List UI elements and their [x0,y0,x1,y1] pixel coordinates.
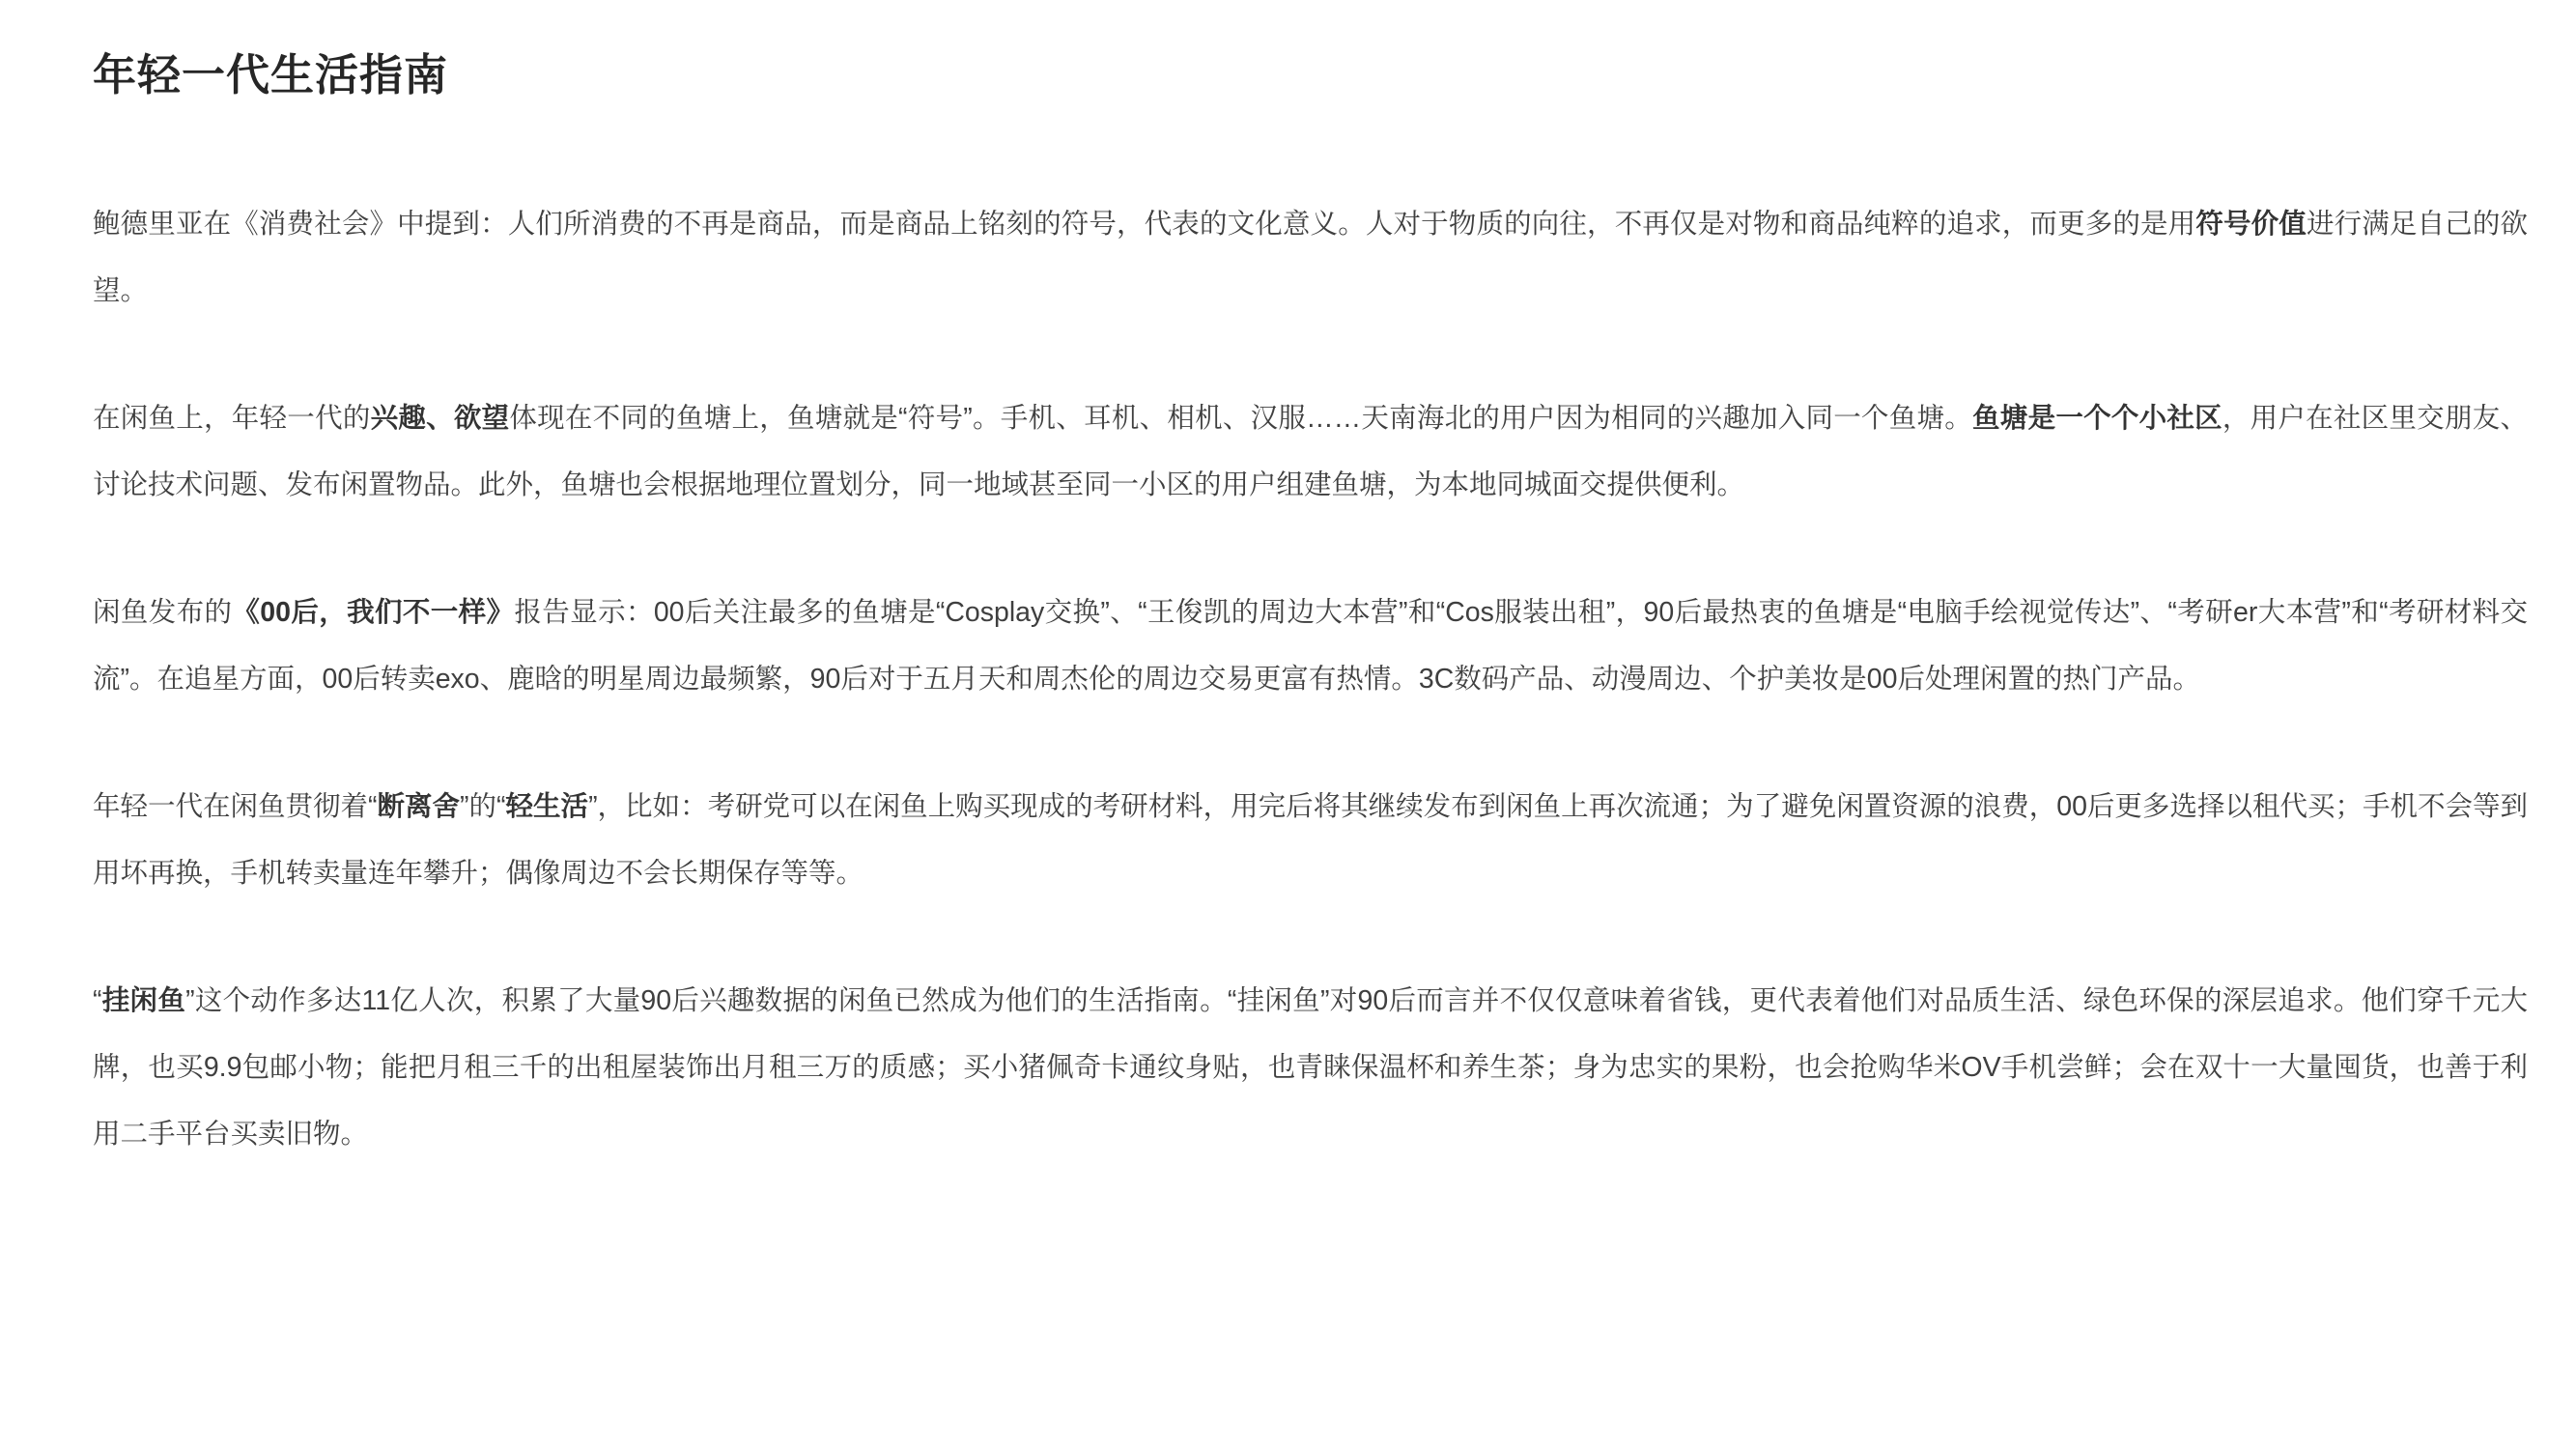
text-run: 在闲鱼上，年轻一代的 [93,403,371,434]
text-run: “ [93,985,102,1016]
text-run: 体现在不同的鱼塘上，鱼塘就是“符号”。手机、耳机、相机、汉服……天南海北的用户因… [509,403,1972,434]
text-run-bold: 《00后，我们不一样》 [232,597,514,628]
page-title: 年轻一代生活指南 [93,48,2528,102]
paragraph-consumer-society: 鲍德里亚在《消费社会》中提到：人们所消费的不再是商品，而是商品上铭刻的符号，代表… [93,191,2528,325]
text-run: 鲍德里亚在《消费社会》中提到：人们所消费的不再是商品，而是商品上铭刻的符号，代表… [93,209,2195,240]
text-run-bold: 挂闲鱼 [102,985,186,1016]
paragraph-fish-ponds: 在闲鱼上，年轻一代的兴趣、欲望体现在不同的鱼塘上，鱼塘就是“符号”。手机、耳机、… [93,385,2528,519]
text-run: 年轻一代在闲鱼贯彻着“ [93,791,378,822]
paragraph-light-life: 年轻一代在闲鱼贯彻着“断离舍”的“轻生活”，比如：考研党可以在闲鱼上购买现成的考… [93,774,2528,907]
text-run-bold: 鱼塘是一个个小社区 [1972,403,2222,434]
text-run-bold: 轻生活 [506,791,589,822]
text-run: ”这个动作多达11亿人次，积累了大量90后兴趣数据的闲鱼已然成为他们的生活指南。… [93,985,2528,1150]
text-run-bold: 符号价值 [2195,209,2307,240]
text-run: 闲鱼发布的 [93,597,232,628]
paragraph-report: 闲鱼发布的《00后，我们不一样》报告显示：00后关注最多的鱼塘是“Cosplay… [93,580,2528,713]
document-page: 年轻一代生活指南 鲍德里亚在《消费社会》中提到：人们所消费的不再是商品，而是商品… [0,0,2576,1168]
paragraph-gua-xianyu: “挂闲鱼”这个动作多达11亿人次，积累了大量90后兴趣数据的闲鱼已然成为他们的生… [93,968,2528,1168]
text-run-bold: 断离舍 [378,791,461,822]
text-run: ”的“ [460,791,506,822]
text-run-bold: 兴趣、欲望 [371,403,510,434]
